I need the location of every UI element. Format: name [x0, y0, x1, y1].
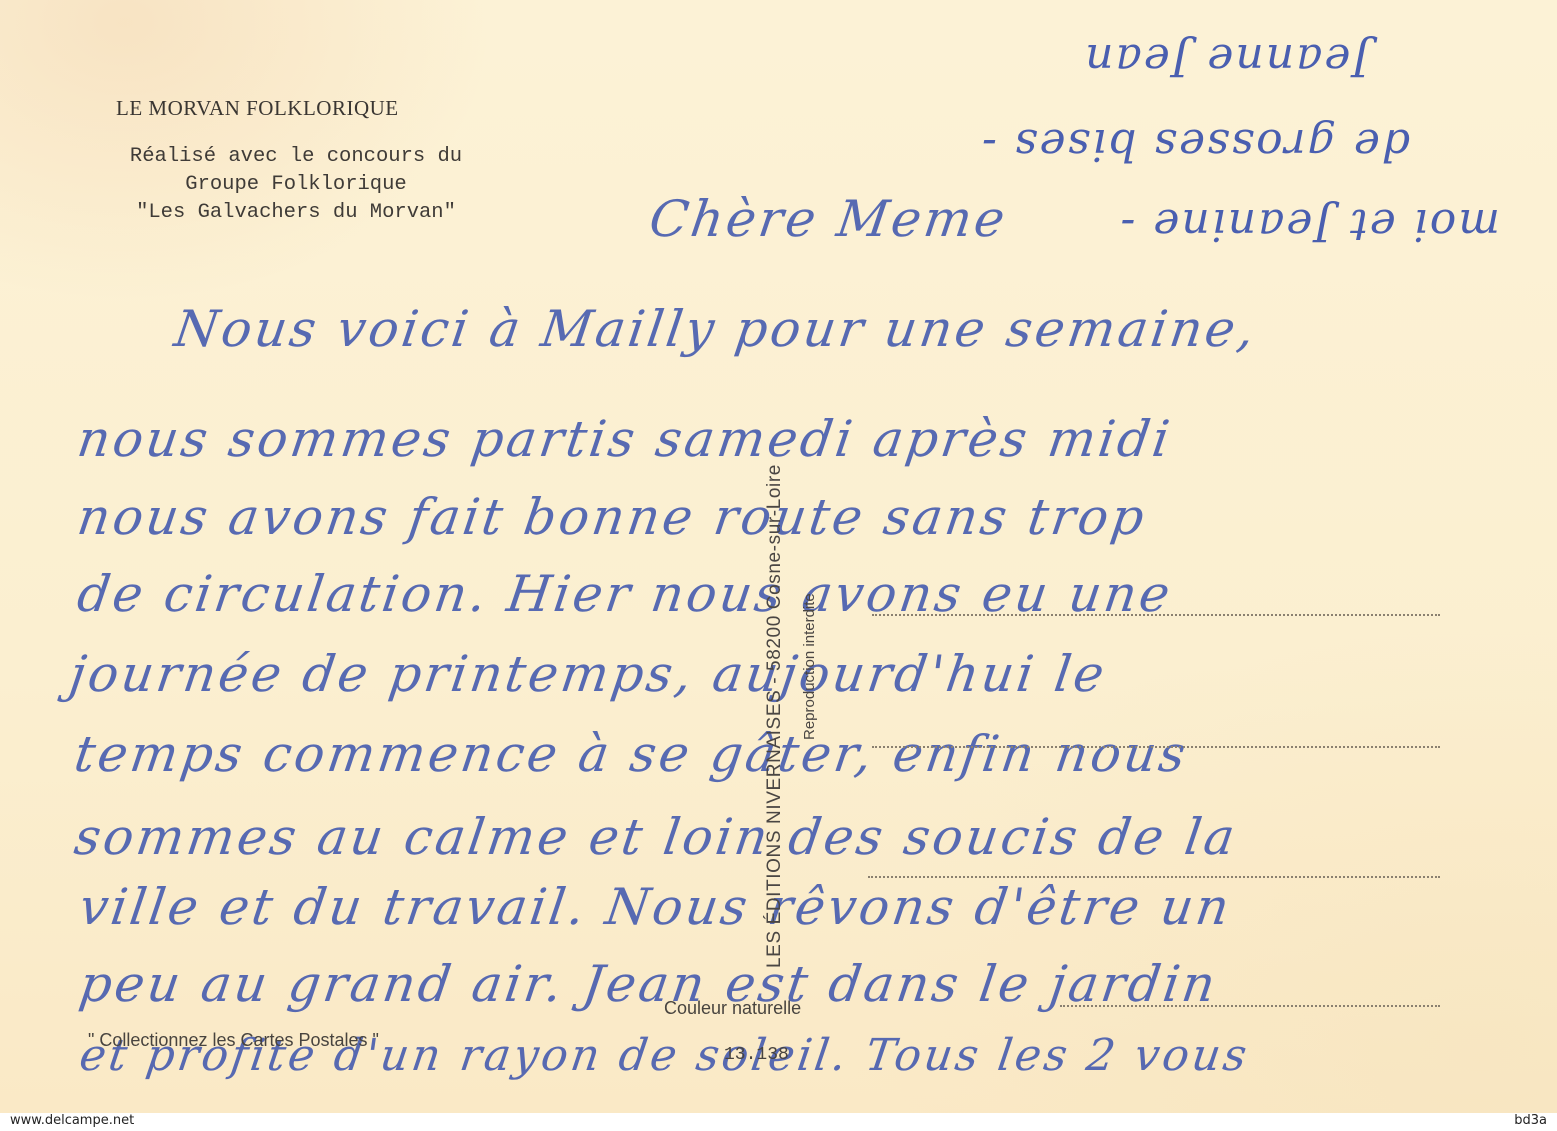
card-reference: 13.138	[724, 1045, 789, 1065]
handwritten-line-1: Nous voici à Mailly pour une semaine,	[171, 300, 1261, 358]
subtitle-line-1: Réalisé avec le concours du	[66, 143, 526, 171]
publisher-imprint: LES ÉDITIONS NIVERNAISES - 58200 Cosne-s…	[764, 464, 786, 968]
handwritten-line-8: ville et du travail. Nous rêvons d'être …	[76, 878, 1236, 936]
watermark-delcampe: www.delcampe.net	[10, 1113, 134, 1128]
address-line-3	[868, 876, 1440, 878]
address-line-2	[872, 746, 1440, 748]
postcard-back: LE MORVAN FOLKLORIQUE Réalisé avec le co…	[0, 0, 1557, 1113]
handwritten-line-5: journée de printemps, aujourd'hui le	[66, 645, 1111, 703]
handwritten-greeting: Chère Meme	[646, 190, 1011, 248]
printed-title: LE MORVAN FOLKLORIQUE	[116, 96, 399, 121]
upside-down-signature: moi et Jeanine - de grosses bises - Jean…	[1060, 20, 1540, 250]
handwritten-line-7: sommes au calme et loin des soucis de la	[71, 808, 1241, 866]
collect-slogan: " Collectionnez les Cartes Postales "	[88, 1030, 379, 1051]
handwritten-line-2: nous sommes partis samedi après midi	[74, 410, 1176, 468]
printed-subtitle: Réalisé avec le concours du Groupe Folkl…	[66, 143, 526, 227]
color-note: Couleur naturelle	[664, 998, 801, 1019]
watermark-seller: bd3a	[1514, 1113, 1547, 1128]
upside-line-3: Jeanne Jean	[1083, 34, 1370, 85]
address-line-1	[872, 614, 1440, 616]
handwritten-line-3: nous avons fait bonne route sans trop	[74, 488, 1151, 546]
handwritten-line-9: peu au grand air. Jean est dans le jardi…	[76, 955, 1222, 1013]
handwritten-line-6: temps commence à se gâter, enfin nous	[71, 725, 1192, 783]
reproduction-notice: Reproduction interdite	[801, 593, 818, 740]
subtitle-line-2: Groupe Folklorique	[66, 171, 526, 199]
subtitle-line-3: "Les Galvachers du Morvan"	[66, 199, 526, 227]
upside-line-1: moi et Jeanine -	[1118, 199, 1500, 250]
address-line-4	[1060, 1005, 1440, 1007]
upside-line-2: de grosses bises -	[980, 119, 1410, 170]
